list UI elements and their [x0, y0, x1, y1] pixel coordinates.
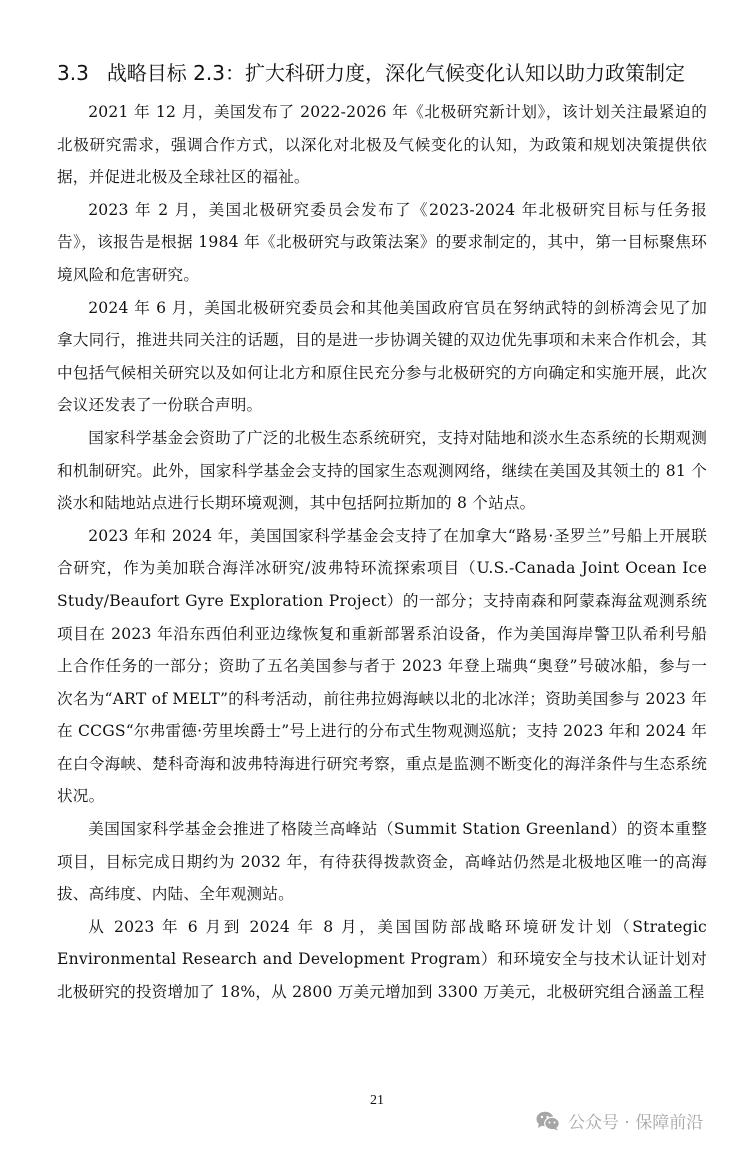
section-title: 战略目标 2.3：扩大科研力度，深化气候变化认知以助力政策制定	[107, 61, 685, 85]
section-number: 3.3	[57, 61, 89, 85]
page-number: 21	[370, 1093, 384, 1109]
section-heading: 3.3战略目标 2.3：扩大科研力度，深化气候变化认知以助力政策制定	[57, 56, 707, 90]
paragraph-defense-research-investment: 从 2023 年 6 月到 2024 年 8 月，美国国防部战略环境研发计划（S…	[57, 911, 707, 1009]
wechat-icon	[536, 1111, 560, 1131]
watermark-text: 公众号 · 保障前沿	[568, 1108, 703, 1133]
paragraph-cambridge-bay-meeting: 2024 年 6 月，美国北极研究委员会和其他美国政府官员在努纳武特的剑桥湾会见…	[57, 292, 707, 422]
paragraph-ecosystem-research: 国家科学基金会资助了广泛的北极生态系统研究，支持对陆地和淡水生态系统的长期观测和…	[57, 422, 707, 520]
paragraph-joint-expeditions: 2023 年和 2024 年，美国国家科学基金会支持了在加拿大“路易·圣罗兰”号…	[57, 520, 707, 813]
paragraph-goals-report: 2023 年 2 月，美国北极研究委员会发布了《2023-2024 年北极研究目…	[57, 194, 707, 292]
paragraph-summit-station: 美国国家科学基金会推进了格陵兰高峰站（Summit Station Greenl…	[57, 813, 707, 911]
document-page: 3.3战略目标 2.3：扩大科研力度，深化气候变化认知以助力政策制定 2021 …	[57, 56, 707, 1009]
watermark: 公众号 · 保障前沿	[536, 1108, 703, 1133]
paragraph-arctic-research-plan: 2021 年 12 月，美国发布了 2022-2026 年《北极研究新计划》，该…	[57, 96, 707, 194]
